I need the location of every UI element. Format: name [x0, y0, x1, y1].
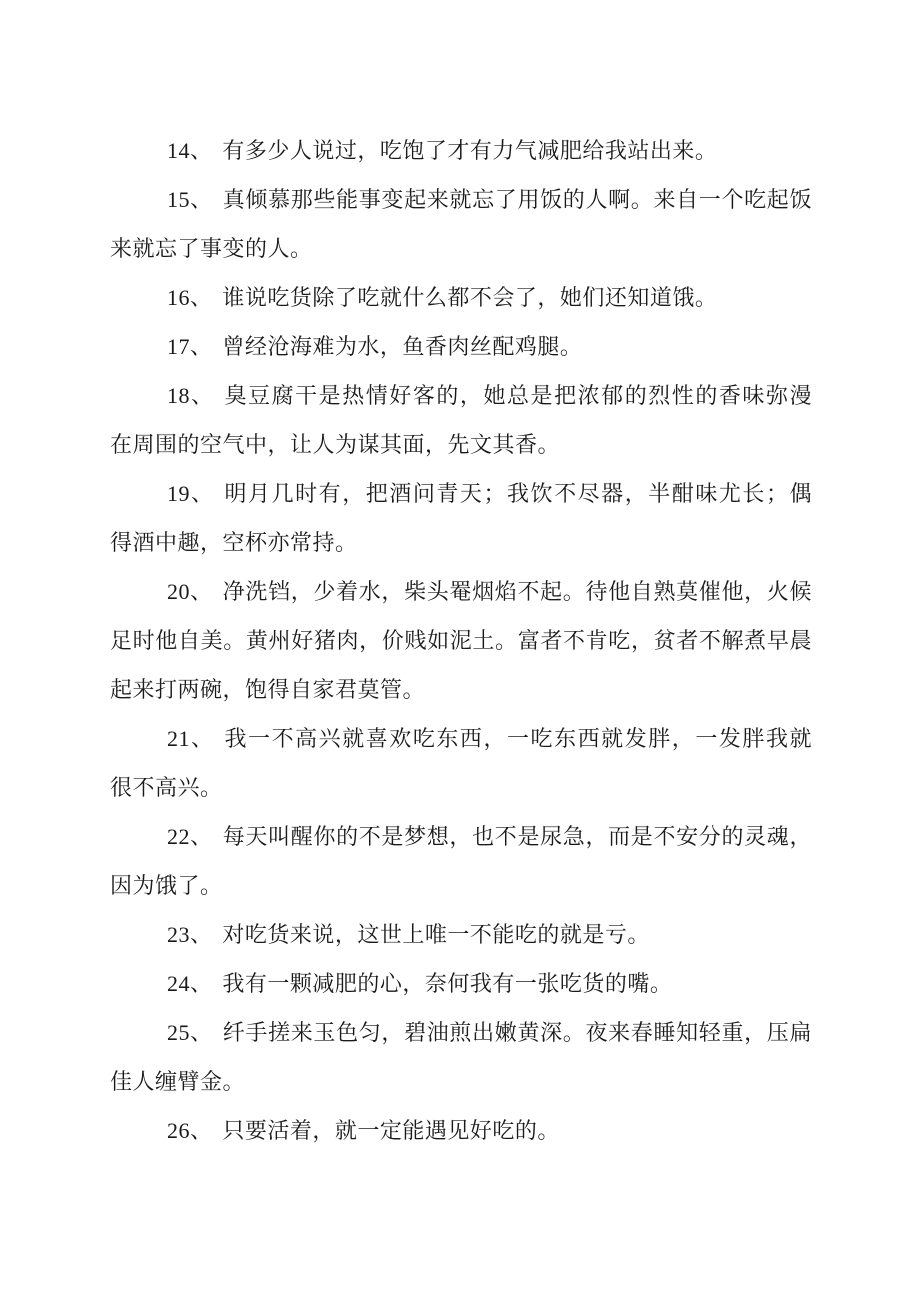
quote-item-19: 19、明月几时有，把酒问青天；我饮不尽器，半酣味尤长；偶 得酒中趣，空杯亦常持。	[110, 469, 812, 567]
quote-number: 16、	[167, 285, 213, 310]
quote-item-20: 20、净洗铛，少着水，柴头罨烟焰不起。待他自熟莫催他，火候足时他自美。黄州好猪肉…	[110, 567, 812, 714]
quote-text: 我一不高兴就喜欢吃东西，一吃东西就发胖，一发胖我就 很不高兴。	[110, 726, 812, 800]
quote-item-22: 22、每天叫醒你的不是梦想，也不是尿急，而是不安分的灵魂，因为饿了。	[110, 812, 812, 910]
quote-text: 只要活着，就一定能遇见好吃的。	[222, 1118, 560, 1143]
quote-text: 臭豆腐干是热情好客的，她总是把浓郁的烈性的香味弥漫 在周围的空气中，让人为谋其面…	[110, 383, 812, 457]
quote-number: 24、	[167, 971, 213, 996]
quote-text: 真倾慕那些能事变起来就忘了用饭的人啊。来自一个吃起饭来就忘了事变的人。	[110, 187, 812, 261]
quote-item-18: 18、臭豆腐干是热情好客的，她总是把浓郁的烈性的香味弥漫 在周围的空气中，让人为…	[110, 371, 812, 469]
quote-number: 22、	[167, 824, 213, 849]
quote-number: 14、	[167, 138, 213, 163]
quote-number: 21、	[167, 726, 215, 751]
quote-text: 我有一颗减肥的心，奈何我有一张吃货的嘴。	[222, 971, 672, 996]
quote-number: 15、	[167, 187, 213, 212]
quote-text: 纤手搓来玉色匀，碧油煎出嫩黄深。夜来春睡知轻重，压扁佳人缠臂金。	[110, 1020, 812, 1094]
document-page: 14、有多少人说过，吃饱了才有力气减肥给我站出来。 15、真倾慕那些能事变起来就…	[0, 0, 920, 1303]
quote-number: 19、	[167, 481, 215, 506]
quote-text: 明月几时有，把酒问青天；我饮不尽器，半酣味尤长；偶 得酒中趣，空杯亦常持。	[110, 481, 812, 555]
quote-item-26: 26、只要活着，就一定能遇见好吃的。	[110, 1106, 812, 1155]
quote-text: 谁说吃货除了吃就什么都不会了，她们还知道饿。	[222, 285, 717, 310]
quote-item-17: 17、曾经沧海难为水，鱼香肉丝配鸡腿。	[110, 322, 812, 371]
quote-text: 净洗铛，少着水，柴头罨烟焰不起。待他自熟莫催他，火候足时他自美。黄州好猪肉，价贱…	[110, 579, 812, 702]
quote-number: 20、	[167, 579, 213, 604]
quote-text: 曾经沧海难为水，鱼香肉丝配鸡腿。	[222, 334, 582, 359]
quote-item-14: 14、有多少人说过，吃饱了才有力气减肥给我站出来。	[110, 126, 812, 175]
quote-number: 23、	[167, 922, 213, 947]
quote-text: 有多少人说过，吃饱了才有力气减肥给我站出来。	[222, 138, 717, 163]
quote-item-25: 25、纤手搓来玉色匀，碧油煎出嫩黄深。夜来春睡知轻重，压扁佳人缠臂金。	[110, 1008, 812, 1106]
quote-item-21: 21、我一不高兴就喜欢吃东西，一吃东西就发胖，一发胖我就 很不高兴。	[110, 714, 812, 812]
quote-item-16: 16、谁说吃货除了吃就什么都不会了，她们还知道饿。	[110, 273, 812, 322]
quote-item-23: 23、对吃货来说，这世上唯一不能吃的就是亏。	[110, 910, 812, 959]
quote-number: 26、	[167, 1118, 213, 1143]
quote-text: 每天叫醒你的不是梦想，也不是尿急，而是不安分的灵魂，因为饿了。	[110, 824, 812, 898]
quote-number: 18、	[167, 383, 215, 408]
quote-text: 对吃货来说，这世上唯一不能吃的就是亏。	[222, 922, 650, 947]
quote-item-24: 24、我有一颗减肥的心，奈何我有一张吃货的嘴。	[110, 959, 812, 1008]
quote-number: 25、	[167, 1020, 213, 1045]
quote-item-15: 15、真倾慕那些能事变起来就忘了用饭的人啊。来自一个吃起饭来就忘了事变的人。	[110, 175, 812, 273]
quote-number: 17、	[167, 334, 213, 359]
